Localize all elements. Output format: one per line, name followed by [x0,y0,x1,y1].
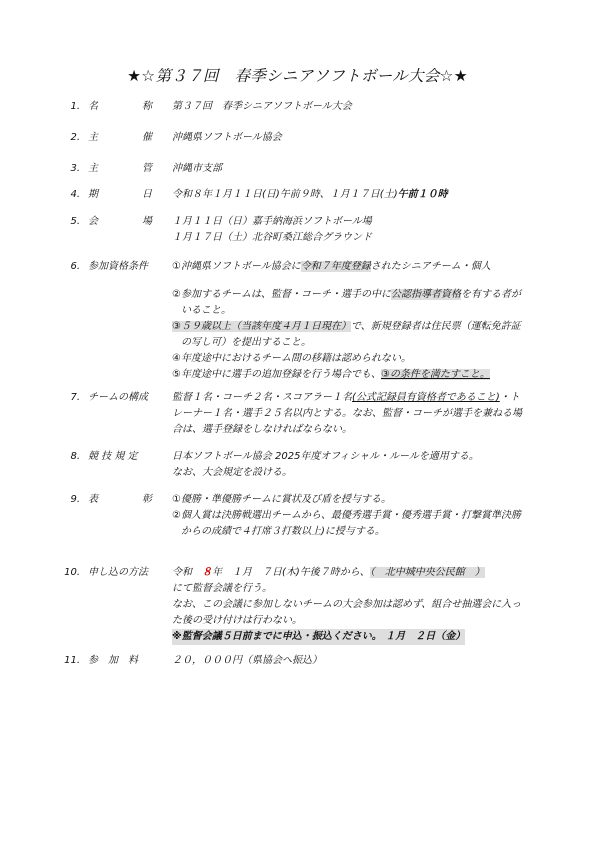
item-value: 沖縄県ソフトボール協会 [172,130,542,146]
item-label: 表彰 [88,492,152,508]
condition-5: ⑤年度途中に選手の追加登録を行う場合でも、③の条件を満たすこと。 [172,367,542,383]
document-title: ★☆第３７回 春季シニアソフトボール大会☆★ [0,64,595,86]
item-value: １月１１日（日）嘉手納海浜ソフトボール場 [172,214,542,230]
item-value: 第３７回 春季シニアソフトボール大会 [172,99,542,115]
condition-3-cont: の写し可）を提出すること。 [172,335,542,351]
composition-line: 監督１名・コーチ２名・スコアラー１名(公式記録員有資格者であること)・ト [172,390,542,406]
item-number: 8. [60,449,80,465]
condition-4: ④年度途中におけるチーム間の移籍は認められない。 [172,351,542,367]
application-line: た後の受け付けは行わない。 [172,613,542,629]
item-number: 2. [60,130,80,146]
composition-line: レーナー１名・選手２５名以内とする。なお、監督・コーチが選手を兼ねる場 [172,406,542,422]
item-value: 令和８年１月１１日(日)午前９時、１月１７日(土)午前１０時 [172,187,542,203]
item-number: 1. [60,99,80,115]
item-label: 名称 [88,99,152,115]
application-line: にて監督会議を行う。 [172,581,542,597]
awards-line: ①優勝・準優勝チームに賞状及び盾を授与する。 [172,492,542,508]
item-label: 主催 [88,130,152,146]
rules-line: 日本ソフトボール協会 2025年度オフィシャル・ルールを適用する。 [172,449,542,465]
item-label: チームの構成 [88,390,178,406]
application-deadline: ※監督会議５日前までに申込・振込ください。 １月 ２日（金） [172,629,465,645]
item-label: 主管 [88,161,152,177]
item-number: 5. [60,214,80,230]
item-label: 会場 [88,214,152,230]
item-number: 4. [60,187,80,203]
awards-line: からの成績で４打席３打数以上)に授与する。 [172,524,542,540]
item-number: 7. [60,390,80,406]
item-number: 11. [60,653,80,669]
application-line: 令和 ８年 １月 ７日(木)午後７時から、（ 北中城中央公民館 ） [172,565,542,581]
item-label: 期日 [88,187,152,203]
fee-value: ２０，０００円（県協会へ振込） [172,653,542,669]
item-number: 9. [60,492,80,508]
item-number: 3. [60,161,80,177]
item-number: 6. [60,259,80,275]
item-number: 10. [60,565,80,581]
rules-line: なお、大会規定を設ける。 [172,465,542,481]
condition-1: ①沖縄県ソフトボール協会に令和７年度登録されたシニアチーム・個人 [172,259,542,275]
item-label: 申し込の方法 [88,565,178,581]
awards-line: ②個人賞は決勝戦選出チームから、最優秀選手賞・優秀選手賞・打撃賞準決勝 [172,508,542,524]
condition-3: ③５９歳以上（当該年度４月１日現在）で、新規登録者は住民票（運転免許証 [172,319,542,335]
application-line: なお、この会議に参加しないチームの大会参加は認めず、組合せ抽選会に入っ [172,597,542,613]
item-value: １月１７日（土）北谷町桑江総合グラウンド [172,230,542,246]
condition-2-cont: いること。 [172,303,542,319]
item-label: 競 技 規 定 [88,449,178,465]
item-label: 参 加 料 [88,653,178,669]
item-label: 参加資格条件 [88,259,178,275]
condition-2: ②参加するチームは、監督・コーチ・選手の中に公認指導者資格を有する者が [172,287,542,303]
composition-line: 合は、選手登録をしなければならない。 [172,422,542,438]
item-value: 沖縄市支部 [172,161,542,177]
